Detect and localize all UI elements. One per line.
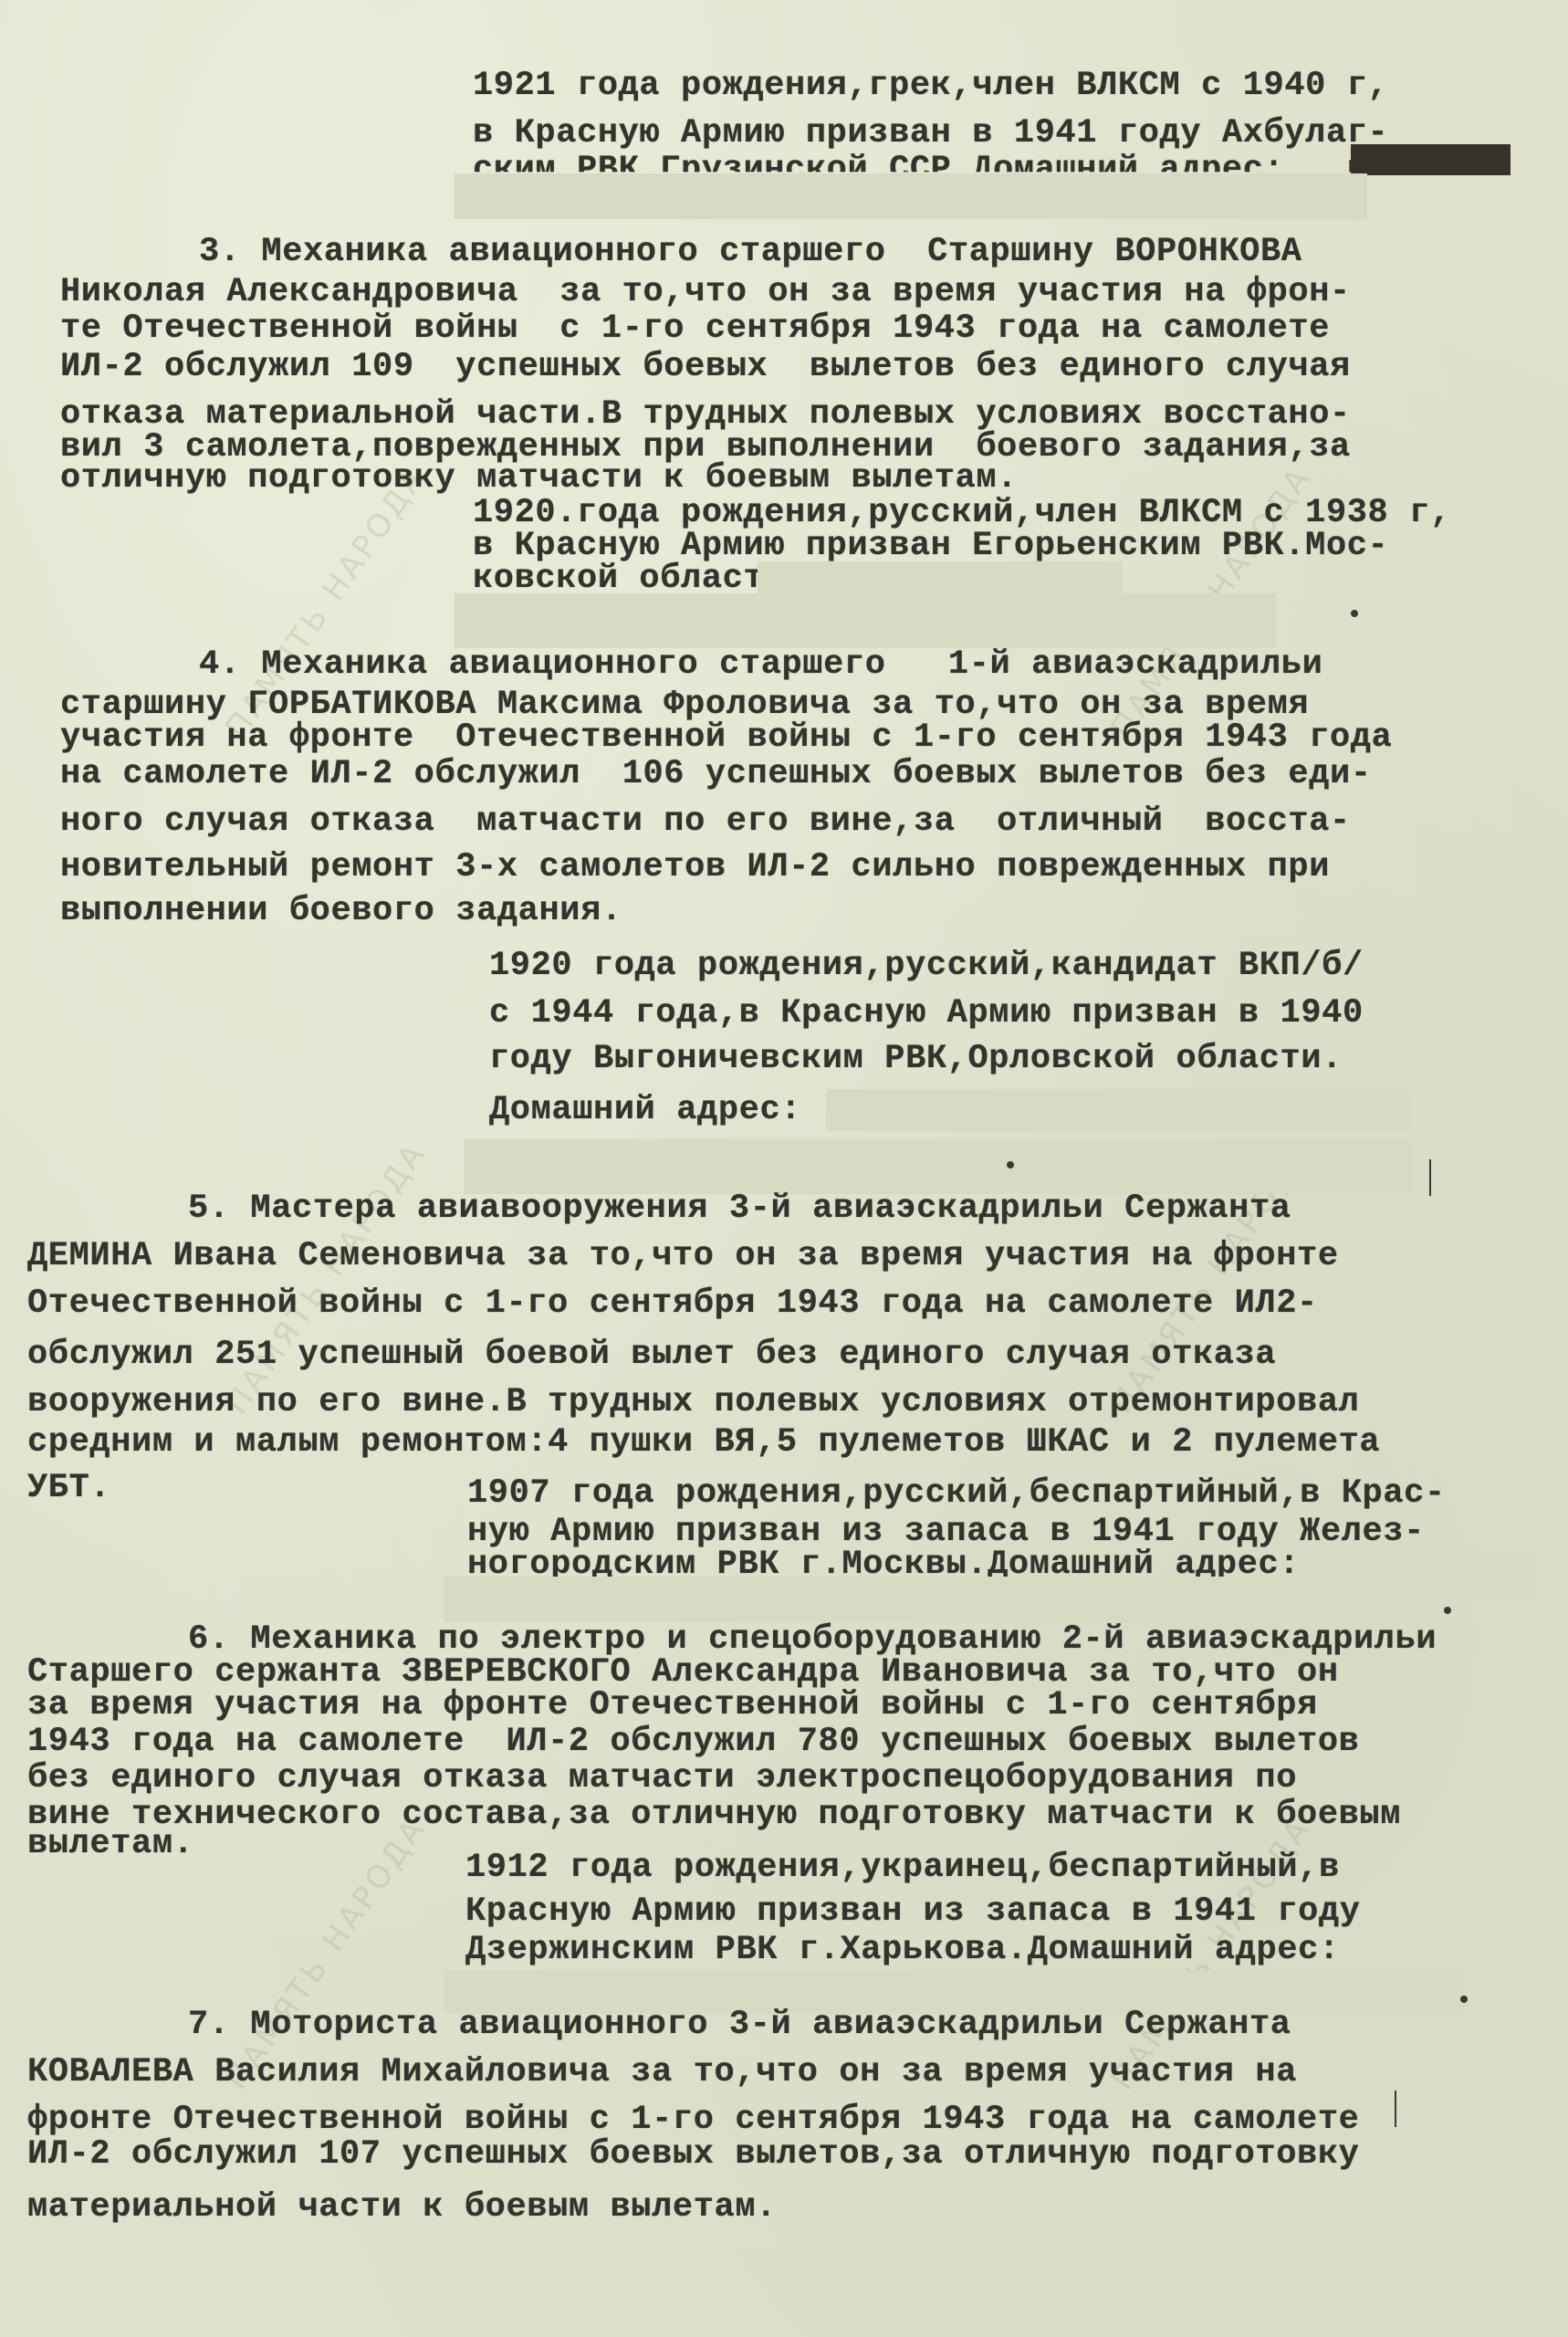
redaction-address (455, 173, 1367, 219)
stray-mark (1460, 1996, 1468, 2003)
entry-body-line: ИЛ-2 обслужил 109 успешных боевых вылето… (60, 347, 1351, 387)
redaction-dark (1351, 144, 1511, 175)
entry-body-line: за время участия на фронте Отечественной… (27, 1685, 1318, 1725)
entry-heading-line: 5. Мастера авиавооружения 3-й авиаэскадр… (188, 1189, 1291, 1229)
entry-body-line: вооружения по его вине.В трудных полевых… (27, 1382, 1359, 1422)
redaction-address (464, 1139, 1413, 1194)
bio-line: 1912 года рождения,украинец,беспартийный… (465, 1848, 1340, 1888)
stray-mark (1444, 1607, 1451, 1614)
bio-line: с 1944 года,в Красную Армию призван в 19… (489, 993, 1364, 1033)
stray-mark (1395, 2091, 1396, 2127)
entry-heading-line: 7. Моториста авиационного 3-й авиаэскадр… (188, 2005, 1291, 2045)
entry-body-line: КОВАЛЕВА Василия Михайловича за то,что о… (27, 2052, 1297, 2092)
entry-body-line: вине технического состава,за отличную по… (27, 1795, 1401, 1835)
entry-body-line: средним и малым ремонтом:4 пушки ВЯ,5 пу… (27, 1422, 1380, 1462)
stray-mark (1351, 610, 1358, 617)
entry-heading-line: 3. Механика авиационного старшего Старши… (199, 232, 1302, 272)
entry-body-line: 1943 года на самолете ИЛ-2 обслужил 780 … (27, 1722, 1359, 1762)
bio-line: 1920 года рождения,русский,кандидат ВКП/… (489, 946, 1364, 986)
entry-body-line: на самолете ИЛ-2 обслужил 106 успешных б… (60, 754, 1372, 794)
stray-mark (1007, 1161, 1014, 1168)
redaction-address (1385, 1550, 1531, 1598)
entry-body-line: те Отечественной войны с 1-го сентября 1… (60, 309, 1330, 349)
bio-line: году Выгоничевским РВК,Орловской области… (489, 1039, 1343, 1079)
entry-body-line: ДЕМИНА Ивана Семеновича за то,что он за … (27, 1236, 1339, 1276)
entry-body-line: Николая Александровича за то,что он за в… (60, 272, 1351, 312)
entry-body-line: УБТ. (27, 1468, 110, 1508)
entry-body-line: обслужил 251 успешный боевой вылет без е… (27, 1335, 1276, 1375)
redaction-address (444, 1577, 1402, 1622)
document-page: ПАМЯТЬ НАРОДА ПАМЯТЬ НАРОДА ПАМЯТЬ НАРОД… (0, 0, 1568, 2337)
bio-line: Красную Армию призван из запаса в 1941 г… (465, 1892, 1361, 1932)
entry-body-line: Отечественной войны с 1-го сентября 1943… (27, 1284, 1318, 1324)
redaction-address (455, 593, 1276, 648)
entry-body-line: выполнении боевого задания. (60, 891, 622, 931)
entry-body-line: участия на фронте Отечественной войны с … (60, 718, 1392, 758)
entry-body-line: ного случая отказа матчасти по его вине,… (60, 802, 1351, 842)
bio-line: в Красную Армию призван в 1941 году Ахбу… (473, 113, 1388, 153)
entry-body-line: материальной части к боевым вылетам. (27, 2187, 777, 2227)
bio-line: Домашний адрес: (489, 1090, 801, 1130)
stray-mark (1429, 1159, 1431, 1196)
bio-line: 1921 года рождения,грек,член ВЛКСМ с 194… (473, 66, 1388, 106)
redaction-address (758, 561, 1123, 598)
entry-body-line: новительный ремонт 3-х самолетов ИЛ-2 си… (60, 847, 1330, 887)
entry-body-line: ИЛ-2 обслужил 107 успешных боевых вылето… (27, 2134, 1359, 2175)
redaction-address (826, 1089, 1410, 1131)
entry-heading-line: 4. Механика авиационного старшего 1-й ав… (199, 645, 1322, 685)
bio-line: 1907 года рождения,русский,беспартийный,… (467, 1473, 1446, 1514)
bio-line: Дзержинским РВК г.Харькова.Домашний адре… (465, 1930, 1340, 1970)
watermark: ПАМЯТЬ НАРОДА (218, 1135, 434, 1420)
entry-body-line: без единого случая отказа матчасти элект… (27, 1758, 1297, 1798)
entry-body-line: вылетам. (27, 1824, 193, 1864)
